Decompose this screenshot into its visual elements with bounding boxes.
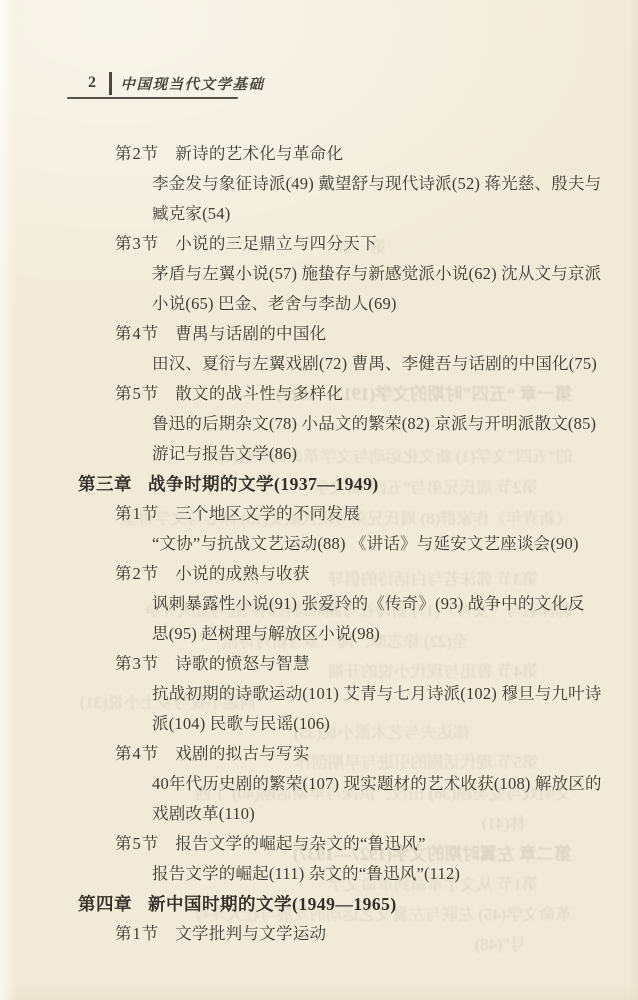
header-divider-bar <box>109 72 112 95</box>
toc-list: 第2节新诗的艺术化与革命化李金发与象征诗派(49) 戴望舒与现代诗派(52) 蒋… <box>0 139 638 949</box>
heading-title: 诗歌的愤怒与智慧 <box>175 654 309 673</box>
toc-entry-line: 思(95) 赵树理与解放区小说(98) <box>0 619 638 649</box>
running-header: 2 中国现当代文学基础 <box>88 70 265 96</box>
heading-number: 第1节 <box>115 924 159 943</box>
heading-number: 第四章 <box>78 894 132 914</box>
heading-number: 第2节 <box>115 144 159 163</box>
toc-entry-line: 报告文学的崛起(111) 杂文的“鲁迅风”(112) <box>0 859 638 889</box>
heading-number: 第2节 <box>115 564 159 583</box>
section-heading: 第2节新诗的艺术化与革命化 <box>0 139 638 169</box>
heading-title: 三个地区文学的不同发展 <box>175 504 360 523</box>
section-heading: 第5节散文的战斗性与多样化 <box>0 379 638 409</box>
section-heading: 第1节三个地区文学的不同发展 <box>0 499 638 529</box>
toc-entry-line: 茅盾与左翼小说(57) 施蛰存与新感觉派小说(62) 沈从文与京派 <box>0 259 638 289</box>
heading-title: 小说的成熟与收获 <box>175 564 309 583</box>
section-heading: 第3节小说的三足鼎立与四分天下 <box>0 229 638 259</box>
section-heading: 第1节文学批判与文学运动 <box>0 919 638 949</box>
toc-entry-line: 田汉、夏衍与左翼戏剧(72) 曹禺、李健吾与话剧的中国化(75) <box>0 349 638 379</box>
toc-entry-line: 戏剧改革(110) <box>0 799 638 829</box>
chapter-heading: 第三章战争时期的文学(1937—1949) <box>0 469 638 499</box>
heading-title: 散文的战斗性与多样化 <box>175 384 343 403</box>
heading-number: 第3节 <box>115 654 159 673</box>
heading-number: 第3节 <box>115 234 159 253</box>
heading-title: 曹禺与话剧的中国化 <box>175 324 326 343</box>
book-title: 中国现当代文学基础 <box>121 73 265 94</box>
toc-entry-line: 小说(65) 巴金、老舍与李劼人(69) <box>0 289 638 319</box>
toc-entry-line: “文协”与抗战文艺运动(88) 《讲话》与延安文艺座谈会(90) <box>0 529 638 559</box>
heading-number: 第4节 <box>115 744 159 763</box>
scanned-book-page: 第一章第一章 “五四”时期的文学(1917—1927)的“五四”文学(1) 新文… <box>0 0 638 1000</box>
chapter-heading: 第四章新中国时期的文学(1949—1965) <box>0 889 638 919</box>
heading-title: 战争时期的文学(1937—1949) <box>148 474 379 494</box>
heading-title: 文学批判与文学运动 <box>175 924 326 943</box>
section-heading: 第5节报告文学的崛起与杂文的“鲁迅风” <box>0 829 638 859</box>
heading-number: 第5节 <box>115 834 159 853</box>
heading-number: 第三章 <box>78 474 132 494</box>
section-heading: 第2节小说的成熟与收获 <box>0 559 638 589</box>
toc-entry-line: 臧克家(54) <box>0 199 638 229</box>
heading-number: 第5节 <box>115 384 159 403</box>
toc-entry-line: 李金发与象征诗派(49) 戴望舒与现代诗派(52) 蒋光慈、殷夫与 <box>0 169 638 199</box>
heading-number: 第4节 <box>115 324 159 343</box>
section-heading: 第4节曹禺与话剧的中国化 <box>0 319 638 349</box>
toc-entry-line: 40年代历史剧的繁荣(107) 现实题材的艺术收获(108) 解放区的 <box>0 769 638 799</box>
toc-entry-line: 抗战初期的诗歌运动(101) 艾青与七月诗派(102) 穆旦与九叶诗 <box>0 679 638 709</box>
page-number: 2 <box>88 74 109 92</box>
toc-entry-line: 派(104) 民歌与民谣(106) <box>0 709 638 739</box>
heading-number: 第1节 <box>115 504 159 523</box>
heading-title: 报告文学的崛起与杂文的“鲁迅风” <box>175 834 425 853</box>
section-heading: 第4节戏剧的拟古与写实 <box>0 739 638 769</box>
section-heading: 第3节诗歌的愤怒与智慧 <box>0 649 638 679</box>
heading-title: 新诗的艺术化与革命化 <box>175 144 343 163</box>
header-underline <box>67 97 238 99</box>
heading-title: 戏剧的拟古与写实 <box>175 744 309 763</box>
toc-entry-line: 鲁迅的后期杂文(78) 小品文的繁荣(82) 京派与开明派散文(85) <box>0 409 638 439</box>
heading-title: 新中国时期的文学(1949—1965) <box>148 894 397 914</box>
heading-title: 小说的三足鼎立与四分天下 <box>175 234 377 253</box>
toc-entry-line: 游记与报告文学(86) <box>0 439 638 469</box>
toc-entry-line: 讽刺暴露性小说(91) 张爱玲的《传奇》(93) 战争中的文化反 <box>0 589 638 619</box>
